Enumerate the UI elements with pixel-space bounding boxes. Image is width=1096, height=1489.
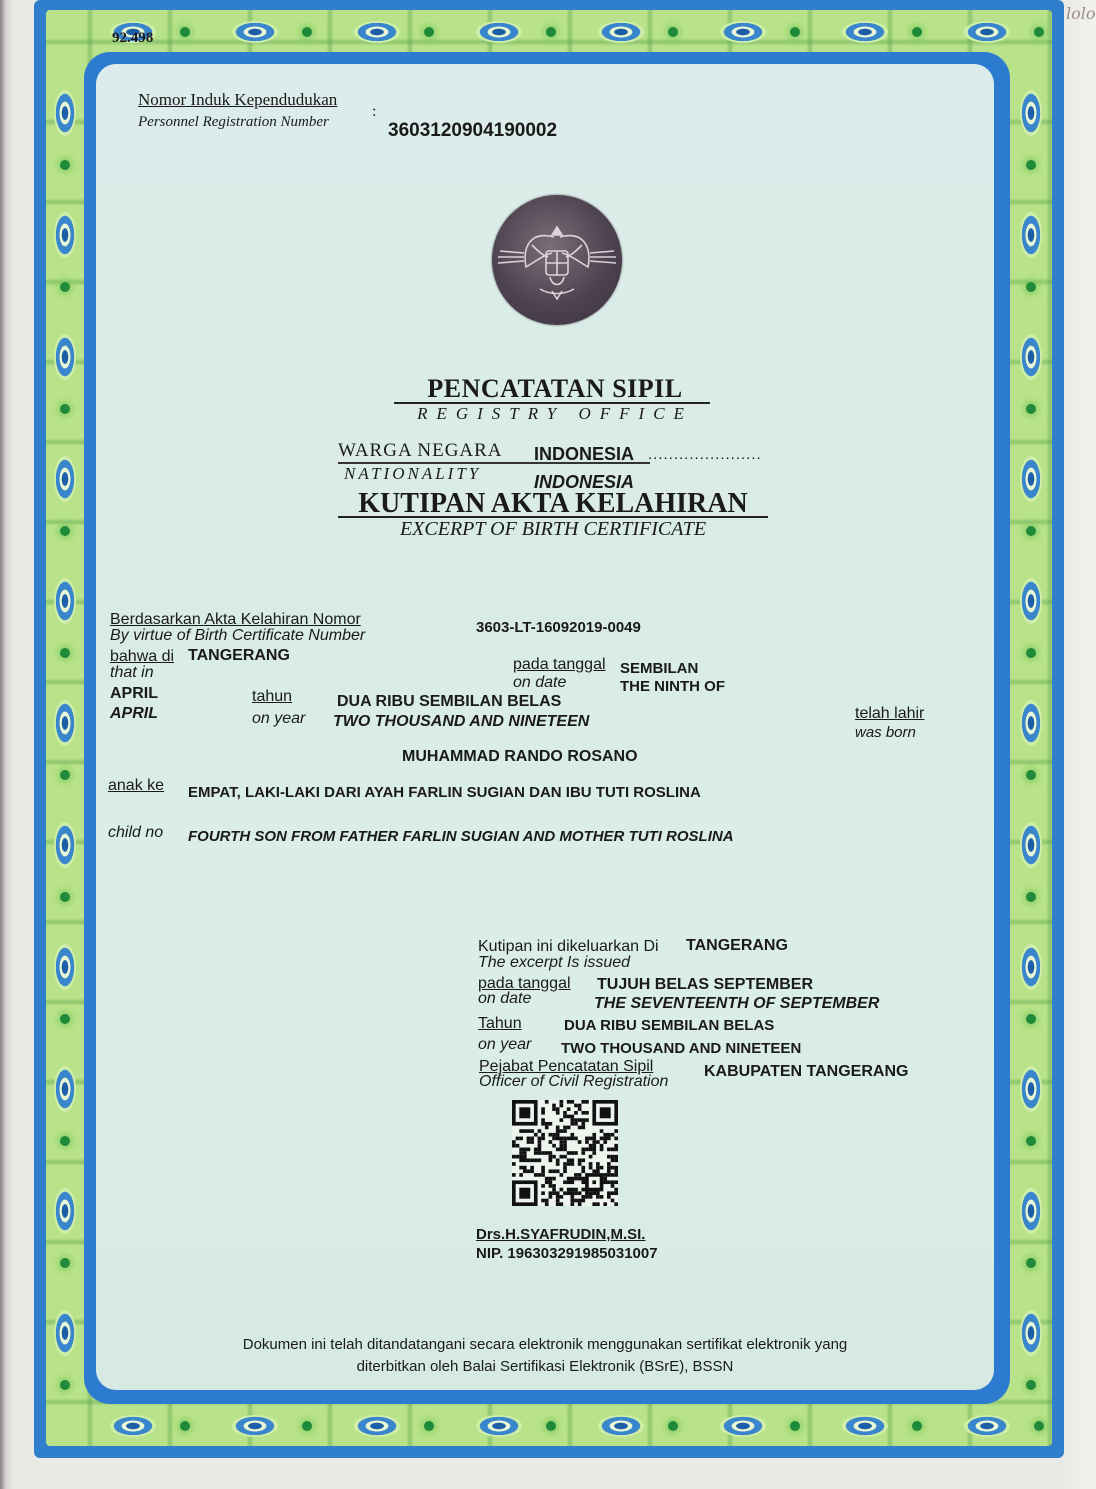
border-dot-icon [302,27,312,37]
border-ornament-icon [964,1415,1010,1437]
nationality-dots: ...................... [648,446,762,463]
birth-month-value: APRIL [110,685,158,703]
birth-year-label: tahun [252,688,292,706]
border-dot-icon [1026,1380,1036,1390]
border-ornament-icon [110,1415,156,1437]
border-dot-icon [1026,648,1036,658]
border-dot-icon [60,1380,70,1390]
border-dot-icon [1034,1421,1044,1431]
border-ornament-icon [54,944,76,990]
child-order-label-en: child no [108,824,163,842]
border-ornament-icon [1020,944,1042,990]
border-ornament-icon [54,822,76,868]
born-label-en: was born [855,724,916,741]
child-order-label: anak ke [108,777,164,795]
issued-year-label: Tahun [478,1015,522,1033]
border-ornament-icon [964,21,1010,43]
border-dot-icon [424,27,434,37]
border-dot-icon [1026,282,1036,292]
border-dot-icon [668,1421,678,1431]
border-ornament-icon [1020,822,1042,868]
border-ornament-icon [354,1415,400,1437]
handwritten-note: lolo [1066,4,1096,23]
border-ornament-icon [598,1415,644,1437]
border-dot-icon [1026,1258,1036,1268]
nationality-value: INDONESIA [534,444,634,465]
border-dot-icon [1034,27,1044,37]
certificate-number-value: 3603-LT-16092019-0049 [476,619,641,636]
border-dot-icon [60,282,70,292]
border-dot-icon [60,404,70,414]
border-dot-icon [912,27,922,37]
child-order-value-en: FOURTH SON FROM FATHER FARLIN SUGIAN AND… [188,828,734,845]
border-dot-icon [912,1421,922,1431]
border-ornament-icon [54,1188,76,1234]
border-ornament-icon [1020,212,1042,258]
border-ornament-icon [1020,456,1042,502]
border-dot-icon [668,27,678,37]
border-dot-icon [424,1421,434,1431]
border-dot-icon [1026,160,1036,170]
border-dot-icon [60,526,70,536]
border-dot-icon [790,1421,800,1431]
border-ornament-icon [1020,1310,1042,1356]
birth-place-value: TANGERANG [188,647,290,665]
border-ornament-icon [54,90,76,136]
border-ornament-icon [476,21,522,43]
border-dot-icon [546,27,556,37]
border-dot-icon [60,892,70,902]
child-name: MUHAMMAD RANDO ROSANO [402,748,638,766]
border-dot-icon [790,27,800,37]
border-dot-icon [60,1136,70,1146]
border-dot-icon [1026,770,1036,780]
border-dot-icon [180,27,190,37]
border-dot-icon [60,160,70,170]
born-label: telah lahir [855,705,924,723]
birth-day-value-en: THE NINTH OF [620,678,725,695]
issued-date-value-en: THE SEVENTEENTH OF SEPTEMBER [594,995,879,1013]
garuda-emblem-icon [492,195,622,325]
border-ornament-icon [54,700,76,746]
issued-place: TANGERANG [686,937,788,955]
border-dot-icon [60,1258,70,1268]
birth-date-label-en: on date [513,674,566,692]
nik-label-en: Personnel Registration Number [138,114,329,131]
issued-year-label-en: on year [478,1036,531,1054]
child-order-value: EMPAT, LAKI-LAKI DARI AYAH FARLIN SUGIAN… [188,784,701,801]
birth-year-label-en: on year [252,710,305,728]
border-dot-icon [1026,892,1036,902]
issued-year-value: DUA RIBU SEMBILAN BELAS [564,1017,774,1034]
border-ornament-icon [720,1415,766,1437]
border-ornament-icon [54,334,76,380]
issued-date-value: TUJUH BELAS SEPTEMBER [597,976,813,994]
border-ornament-icon [598,21,644,43]
border-ornament-icon [720,21,766,43]
nationality-label-en: NATIONALITY [344,464,481,484]
electronic-signature-notice: Dokumen ini telah ditandatangani secara … [96,1334,994,1378]
issued-label-en: The excerpt Is issued [478,954,630,972]
border-ornament-icon [1020,1066,1042,1112]
border-ornament-icon [354,21,400,43]
signatory-name: Drs.H.SYAFRUDIN,M.SI. [476,1226,645,1243]
birth-month-value-en: APRIL [110,705,158,723]
border-dot-icon [60,648,70,658]
signatory-nip: NIP. 196303291985031007 [476,1245,658,1262]
serial-number: 92.498 [112,30,153,47]
border-dot-icon [302,1421,312,1431]
birth-date-label: pada tanggal [513,656,606,674]
border-ornament-icon [476,1415,522,1437]
nik-value: 3603120904190002 [388,120,557,142]
border-dot-icon [60,770,70,780]
border-dot-icon [1026,404,1036,414]
border-ornament-icon [54,212,76,258]
border-ornament-icon [232,1415,278,1437]
nik-label: Nomor Induk Kependudukan [138,90,337,110]
nationality-label: WARGA NEGARA [338,440,503,462]
border-dot-icon [60,1014,70,1024]
birth-place-label-en: that in [110,664,154,682]
office-title: PENCATATAN SIPIL [340,374,770,404]
nik-separator: : [372,103,376,121]
border-dot-icon [1026,1014,1036,1024]
border-dot-icon [546,1421,556,1431]
office-title-en: REGISTRY OFFICE [340,404,770,424]
officer-label-en: Officer of Civil Registration [479,1073,668,1091]
border-ornament-icon [54,578,76,624]
border-ornament-icon [54,456,76,502]
border-ornament-icon [232,21,278,43]
border-ornament-icon [1020,90,1042,136]
birth-year-value: DUA RIBU SEMBILAN BELAS [337,693,561,711]
border-dot-icon [180,1421,190,1431]
officer-region: KABUPATEN TANGERANG [704,1063,908,1081]
issued-date-label-en: on date [478,990,531,1008]
qr-code-icon [512,1100,618,1206]
border-ornament-icon [1020,334,1042,380]
notice-line-2: diterbitkan oleh Balai Sertifikasi Elekt… [96,1356,994,1378]
border-ornament-icon [1020,578,1042,624]
border-ornament-icon [842,1415,888,1437]
birth-day-value: SEMBILAN [620,660,698,677]
border-ornament-icon [1020,1188,1042,1234]
notice-line-1: Dokumen ini telah ditandatangani secara … [96,1334,994,1356]
border-ornament-icon [842,21,888,43]
border-ornament-icon [54,1066,76,1112]
border-ornament-icon [54,1310,76,1356]
document-title-en: EXCERPT OF BIRTH CERTIFICATE [338,518,768,541]
border-ornament-icon [1020,700,1042,746]
certificate-number-label-en: By virtue of Birth Certificate Number [110,627,365,645]
issued-year-value-en: TWO THOUSAND AND NINETEEN [561,1040,801,1057]
border-dot-icon [1026,526,1036,536]
birth-year-value-en: TWO THOUSAND AND NINETEEN [333,713,589,731]
border-dot-icon [1026,1136,1036,1146]
